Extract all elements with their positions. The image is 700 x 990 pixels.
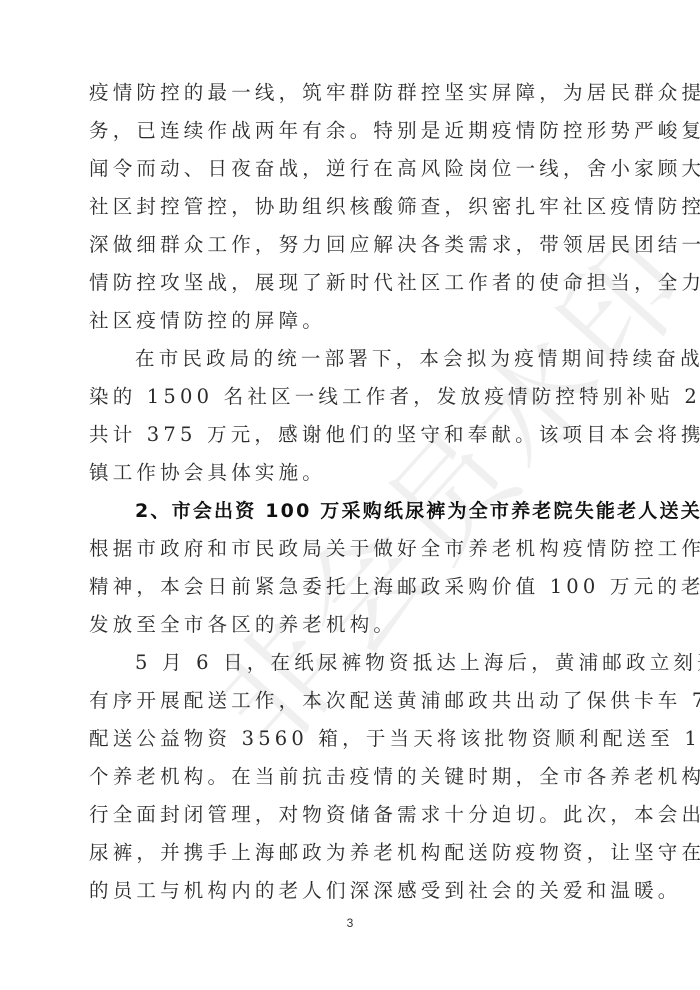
text-line: 在市民政局的统一部署下，本会拟为疫情期间持续奋战、逆行感 xyxy=(89,340,613,378)
text-line: 社区封控管控，协助组织核酸筛查，织密扎牢社区疫情防控网络，做 xyxy=(89,188,613,226)
text-line: 精神，本会日前紧急委托上海邮政采购价值 100 万元的老年纸尿裤， xyxy=(89,568,613,606)
paragraph-frontline-work: 疫情防控的最一线，筑牢群防群控坚实屏障，为居民群众提供暖心服 务，已连续作战两年… xyxy=(89,74,613,340)
document-page: 非会员水印 疫情防控的最一线，筑牢群防群控坚实屏障，为居民群众提供暖心服 务，已… xyxy=(0,0,700,990)
text-line: 疫情防控的最一线，筑牢群防群控坚实屏障，为居民群众提供暖心服 xyxy=(89,74,613,112)
paragraph-subsidy: 在市民政局的统一部署下，本会拟为疫情期间持续奋战、逆行感 染的 1500 名社区… xyxy=(89,340,613,492)
text-line: 务，已连续作战两年有余。特别是近期疫情防控形势严峻复杂，他们 xyxy=(89,112,613,150)
paragraph-procurement: 根据市政府和市民政局关于做好全市养老机构疫情防控工作的指示 精神，本会日前紧急委… xyxy=(89,530,613,644)
text-line: 根据市政府和市民政局关于做好全市养老机构疫情防控工作的指示 xyxy=(89,530,613,568)
text-line: 行全面封闭管理，对物资储备需求十分迫切。此次，本会出资采购纸 xyxy=(89,796,613,834)
text-line: 发放至全市各区的养老机构。 xyxy=(89,606,613,644)
text-line: 染的 1500 名社区一线工作者，发放疫情防控特别补贴 2500 元/人， xyxy=(89,378,613,416)
text-line: 社区疫情防控的屏障。 xyxy=(89,302,613,340)
text-line: 有序开展配送工作，本次配送黄浦邮政共出动了保供卡车 7 辆，共计 xyxy=(89,682,613,720)
section-heading-text: 2、市会出资 100 万采购纸尿裤为全市养老院失能老人送关爱。 xyxy=(89,492,613,530)
paragraph-delivery: 5 月 6 日，在纸尿裤物资抵达上海后，黄浦邮政立刻开始按计划 有序开展配送工作… xyxy=(89,644,613,910)
text-line: 闻令而动、日夜奋战，逆行在高风险岗位一线，舍小家顾大家，加强 xyxy=(89,150,613,188)
page-number: 3 xyxy=(0,916,700,930)
text-line: 的员工与机构内的老人们深深感受到社会的关爱和温暖。 xyxy=(89,872,613,910)
text-line: 5 月 6 日，在纸尿裤物资抵达上海后，黄浦邮政立刻开始按计划 xyxy=(89,644,613,682)
text-line: 情防控攻坚战，展现了新时代社区工作者的使命担当，全力以赴筑牢 xyxy=(89,264,613,302)
text-line: 尿裤，并携手上海邮政为养老机构配送防疫物资，让坚守在养老机构 xyxy=(89,834,613,872)
text-line: 个养老机构。在当前抗击疫情的关键时期，全市各养老机构均严格实 xyxy=(89,758,613,796)
document-body: 疫情防控的最一线，筑牢群防群控坚实屏障，为居民群众提供暖心服 务，已连续作战两年… xyxy=(89,74,613,910)
section-heading: 2、市会出资 100 万采购纸尿裤为全市养老院失能老人送关爱。 xyxy=(89,492,613,530)
text-line: 共计 375 万元，感谢他们的坚守和奉献。该项目本会将携手上海市街 xyxy=(89,416,613,454)
text-line: 深做细群众工作，努力回应解决各类需求，带领居民团结一心打赢疫 xyxy=(89,226,613,264)
text-line: 配送公益物资 3560 箱，于当天将该批物资顺利配送至 12 个区的 19 xyxy=(89,720,613,758)
text-line: 镇工作协会具体实施。 xyxy=(89,454,613,492)
